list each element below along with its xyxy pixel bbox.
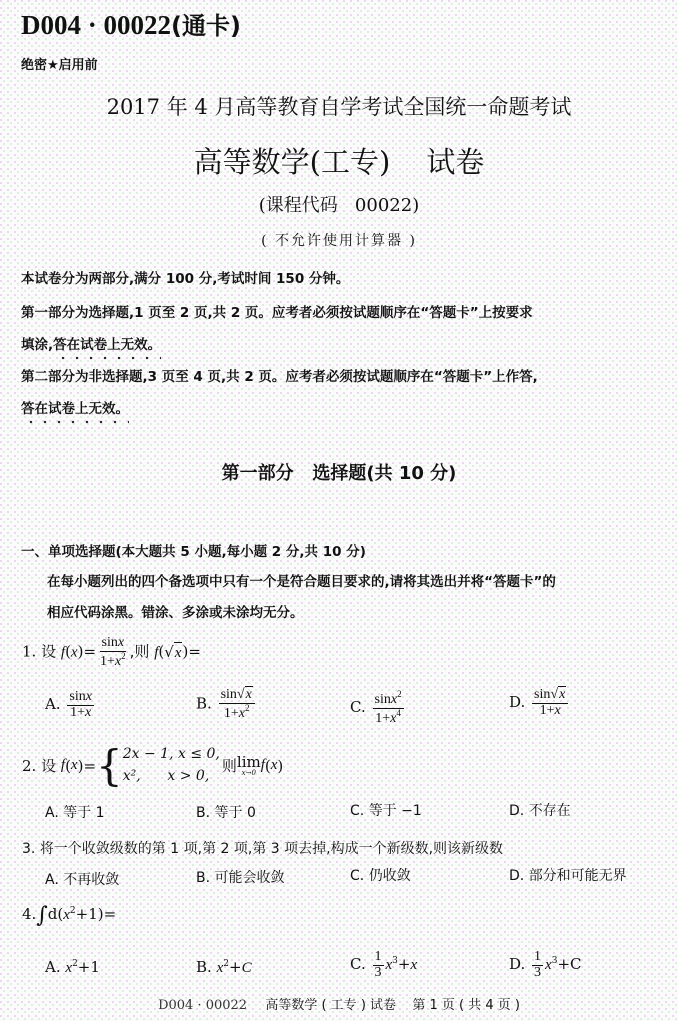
question-number: 3. bbox=[22, 841, 35, 857]
paper-title: 高等数学(工专)试卷 bbox=[0, 140, 678, 181]
option-label: A. bbox=[45, 872, 59, 888]
subject-name: 高等数学(工专) bbox=[194, 145, 391, 179]
option-label: D. bbox=[509, 693, 525, 711]
question-prefix: 设 bbox=[41, 643, 56, 661]
brace: { bbox=[96, 745, 123, 787]
paper-code-number: D004 · 00022 bbox=[21, 10, 171, 40]
option-label: B. bbox=[196, 958, 212, 976]
q3-option-a[interactable]: A. 不再收敛 bbox=[45, 869, 119, 889]
option-label: C. bbox=[350, 803, 364, 819]
option-label: C. bbox=[350, 868, 364, 884]
q2-option-d[interactable]: D. 不存在 bbox=[509, 800, 571, 820]
question-stem: 将一个收敛级数的第 1 项,第 2 项,第 3 项去掉,构成一个新级数,则该新级… bbox=[40, 841, 503, 857]
section-desc-1: 在每小题列出的四个备选项中只有一个是符合题目要求的,请将其选出并将“答题卡”的 bbox=[47, 570, 556, 590]
q2-option-b[interactable]: B. 等于 0 bbox=[196, 802, 256, 822]
option-text: 等于 0 bbox=[215, 805, 256, 821]
q4-option-d[interactable]: D. 13x3+C bbox=[509, 950, 582, 980]
limit-subscript: x→0 bbox=[242, 770, 256, 777]
q1-option-b[interactable]: B. sin√x1+x2 bbox=[196, 688, 257, 721]
option-text: 可能会收敛 bbox=[215, 870, 285, 886]
secret-mark: 绝密★启用前 bbox=[21, 54, 98, 73]
option-label: A. bbox=[45, 805, 59, 821]
footer-page-number: 第 1 页 ( 共 4 页 ) bbox=[412, 998, 520, 1013]
question-connector: 则 bbox=[222, 755, 237, 776]
footer-code: D004 · 00022 bbox=[158, 998, 247, 1013]
q4-option-c[interactable]: C. 13x3+x bbox=[350, 950, 417, 980]
q4-option-a[interactable]: A. x2+1 bbox=[45, 958, 100, 977]
question-number: 2. bbox=[22, 757, 36, 775]
paper-code: D004 · 00022(通卡) bbox=[21, 6, 241, 41]
q4-option-b[interactable]: B. x2+C bbox=[196, 958, 252, 977]
footer-title: 高等数学 ( 工专 ) 试卷 bbox=[265, 998, 396, 1013]
q2-option-a[interactable]: A. 等于 1 bbox=[45, 802, 105, 822]
instruction-line-3: 填涂,答在试卷上无效。 bbox=[21, 333, 161, 353]
option-text: 不存在 bbox=[529, 803, 571, 819]
section-desc-2: 相应代码涂黑。错涂、多涂或未涂均无分。 bbox=[47, 601, 304, 621]
exam-line: 2017 年 4 月高等教育自学考试全国统一命题考试 bbox=[0, 91, 678, 121]
option-label: D. bbox=[509, 868, 524, 884]
option-text: 仍收敛 bbox=[369, 868, 411, 884]
option-text: 部分和可能无界 bbox=[529, 868, 627, 884]
instruction-text: 填涂, bbox=[21, 337, 53, 353]
option-label: B. bbox=[196, 805, 210, 821]
q3-option-c[interactable]: C. 仍收敛 bbox=[350, 865, 411, 885]
q1-option-c[interactable]: C. sinx21+x4 bbox=[350, 690, 406, 726]
option-text: 等于 −1 bbox=[369, 803, 422, 819]
question-4: 4.∫d(x2+1)= bbox=[22, 903, 116, 928]
card-type: (通卡) bbox=[171, 12, 241, 40]
q3-option-d[interactable]: D. 部分和可能无界 bbox=[509, 865, 627, 885]
q2-option-c[interactable]: C. 等于 −1 bbox=[350, 800, 422, 820]
option-text: 等于 1 bbox=[63, 805, 104, 821]
instruction-line-5: 答在试卷上无效。 bbox=[21, 397, 129, 417]
part1-heading: 第一部分 选择题(共 10 分) bbox=[0, 459, 678, 485]
piecewise-case-2: x², x > 0, bbox=[123, 766, 220, 788]
option-label: C. bbox=[350, 698, 366, 716]
instruction-line-2: 第一部分为选择题,1 页至 2 页,共 2 页。应考者必须按试题顺序在“答题卡”… bbox=[21, 301, 533, 321]
option-label: B. bbox=[196, 870, 210, 886]
option-label: D. bbox=[509, 955, 525, 973]
question-number: 1. bbox=[22, 643, 36, 661]
question-number: 4. bbox=[22, 905, 36, 923]
calculator-note: ( 不允许使用计算器 ) bbox=[0, 230, 678, 250]
option-label: A. bbox=[45, 958, 61, 976]
q1-option-d[interactable]: D. sin√x1+x bbox=[509, 688, 570, 718]
question-1: 1. 设 f(x)=sinx1+x2,则 f(√x)= bbox=[22, 636, 201, 669]
page-footer: D004 · 00022 高等数学 ( 工专 ) 试卷 第 1 页 ( 共 4 … bbox=[0, 994, 678, 1013]
q1-option-a[interactable]: A. sinx1+x bbox=[45, 690, 96, 720]
instruction-line-1: 本试卷分为两部分,满分 100 分,考试时间 150 分钟。 bbox=[21, 267, 349, 287]
question-3: 3. 将一个收敛级数的第 1 项,第 2 项,第 3 项去掉,构成一个新级数,则… bbox=[22, 838, 503, 858]
option-text: 不再收敛 bbox=[63, 872, 119, 888]
integral-sign: ∫ bbox=[36, 903, 47, 928]
option-label: A. bbox=[45, 695, 61, 713]
option-label: C. bbox=[350, 955, 366, 973]
q3-option-b[interactable]: B. 可能会收敛 bbox=[196, 867, 285, 887]
question-2: 2. 设 f(x)={ 2x − 1, x ≤ 0, x², x > 0, 则 … bbox=[22, 744, 283, 787]
question-prefix: 设 bbox=[41, 755, 56, 776]
option-label: B. bbox=[196, 695, 212, 713]
instruction-line-4: 第二部分为非选择题,3 页至 4 页,共 2 页。应考者必须按试题顺序在“答题卡… bbox=[21, 365, 538, 385]
emphasis-invalid: 答在试卷上无效。 bbox=[53, 337, 161, 360]
course-code: (课程代码 00022) bbox=[0, 191, 678, 217]
emphasis-invalid: 答在试卷上无效。 bbox=[21, 401, 129, 424]
paper-label: 试卷 bbox=[426, 145, 484, 179]
option-label: D. bbox=[509, 803, 524, 819]
piecewise-case-1: 2x − 1, x ≤ 0, bbox=[123, 744, 220, 766]
section-title: 一、单项选择题(本大题共 5 小题,每小题 2 分,共 10 分) bbox=[21, 540, 366, 560]
question-connector: ,则 bbox=[130, 643, 150, 661]
